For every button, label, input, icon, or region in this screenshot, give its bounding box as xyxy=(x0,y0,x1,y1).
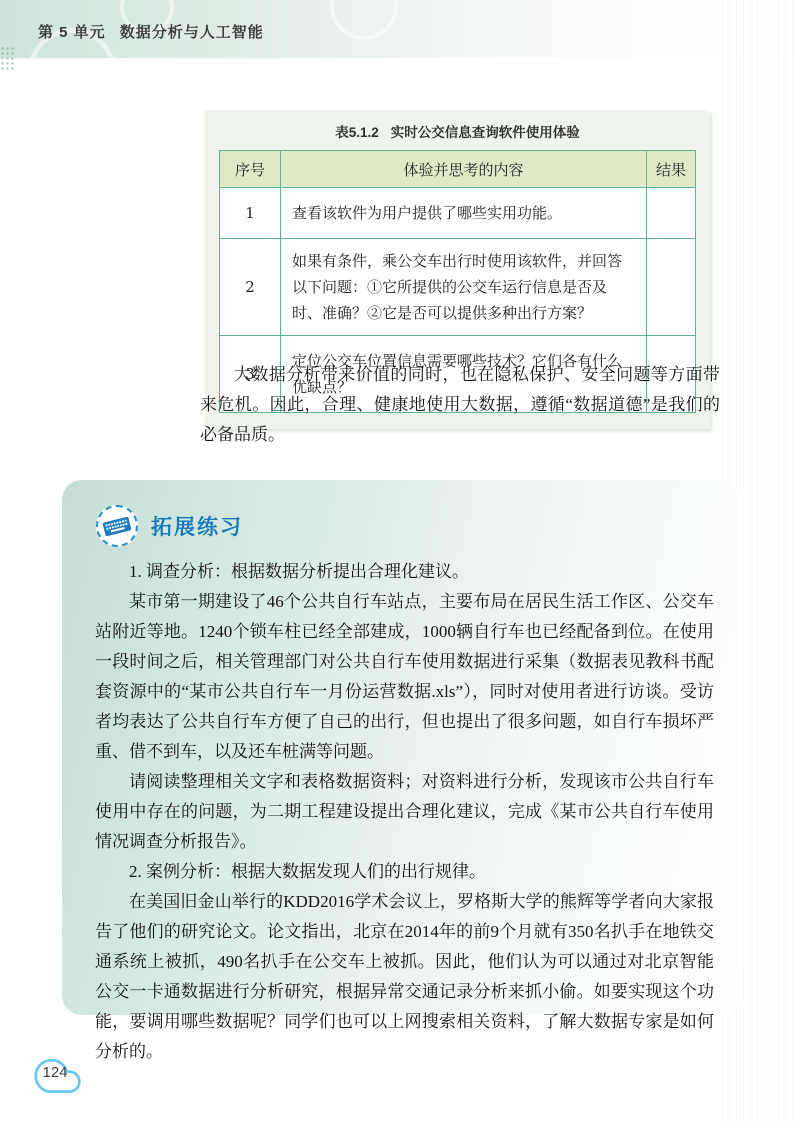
intro-paragraph: 大数据分析带来价值的同时，也在隐私保护、安全问题等方面带来危机。因此，合理、健康… xyxy=(200,360,720,450)
exercise-body: 1. 调查分析：根据数据分析提出合理化建议。 某市第一期建设了46个公共自行车站… xyxy=(95,557,714,1067)
unit-title: 数据分析与人工智能 xyxy=(120,24,264,41)
exercise-title: 拓展练习 xyxy=(151,511,243,541)
page-header: 第 5 单元数据分析与人工智能 xyxy=(0,0,794,58)
table-title: 实时公交信息查询软件使用体验 xyxy=(391,125,580,140)
header-texture xyxy=(0,46,16,72)
exercise-header: 拓展练习 xyxy=(96,505,740,547)
table-number: 表5.1.2 xyxy=(335,125,379,140)
unit-label: 第 5 单元 xyxy=(38,24,106,41)
exercise-paragraph: 2. 案例分析：根据大数据发现人们的出行规律。 xyxy=(95,857,714,887)
unit-header: 第 5 单元数据分析与人工智能 xyxy=(38,21,264,42)
col-header-no: 序号 xyxy=(220,151,281,188)
page-number: 124 xyxy=(26,1064,84,1081)
header-texture xyxy=(330,0,398,40)
extension-exercise-box: 拓展练习 1. 调查分析：根据数据分析提出合理化建议。 某市第一期建设了46个公… xyxy=(62,480,740,1015)
table-header-row: 序号 体验并思考的内容 结果 xyxy=(220,151,696,188)
table-row: 1 查看该软件为用户提供了哪些实用功能。 xyxy=(220,188,696,239)
exercise-paragraph: 请阅读整理相关文字和表格数据资料；对资料进行分析，发现该市公共自行车使用中存在的… xyxy=(95,767,714,857)
exercise-paragraph: 在美国旧金山举行的KDD2016学术会议上，罗格斯大学的熊辉等学者向大家报告了他… xyxy=(95,887,714,1067)
table-caption: 表5.1.2实时公交信息查询软件使用体验 xyxy=(219,121,696,141)
exercise-paragraph: 某市第一期建设了46个公共自行车站点，主要布局在居民生活工作区、公交车站附近等地… xyxy=(95,587,714,767)
table-row: 2 如果有条件，乘公交车出行时使用该软件，并回答以下问题：①它所提供的公交车运行… xyxy=(220,239,696,336)
keyboard-icon xyxy=(96,505,138,547)
textbook-page: 第 5 单元数据分析与人工智能 表5.1.2实时公交信息查询软件使用体验 序号 … xyxy=(0,0,794,1122)
row-content: 如果有条件，乘公交车出行时使用该软件，并回答以下问题：①它所提供的公交车运行信息… xyxy=(281,239,647,336)
col-header-content: 体验并思考的内容 xyxy=(281,151,647,188)
row-number: 1 xyxy=(220,188,281,239)
page-number-cloud: 124 xyxy=(26,1051,84,1099)
row-result xyxy=(647,239,696,336)
exercise-paragraph: 1. 调查分析：根据数据分析提出合理化建议。 xyxy=(95,557,714,587)
col-header-result: 结果 xyxy=(647,151,696,188)
row-content: 查看该软件为用户提供了哪些实用功能。 xyxy=(281,188,647,239)
row-number: 2 xyxy=(220,239,281,336)
row-result xyxy=(647,188,696,239)
